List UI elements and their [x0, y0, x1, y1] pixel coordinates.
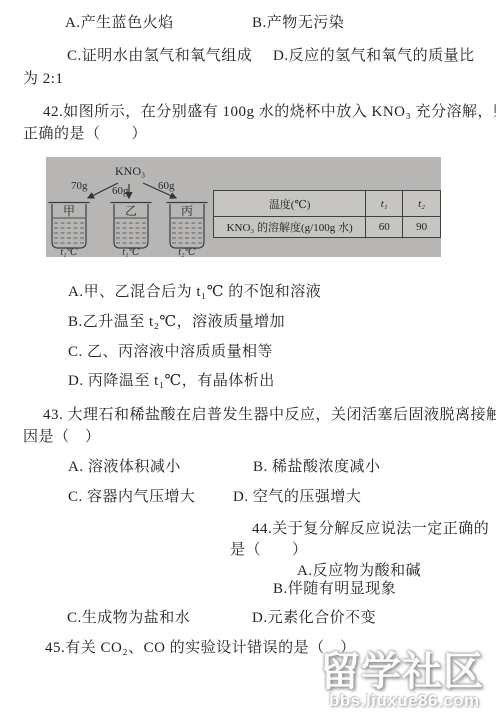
q43-option-a: A. 溶液体积减小 — [68, 458, 181, 477]
exam-page: A.产生蓝色火焰 B.产物无污染 C.证明水由氢气和氧气组成 D.反应的氢气和氧… — [0, 0, 496, 728]
q41-option-b: B.产物无污染 — [252, 14, 344, 33]
table-row: 温度(℃) t₁ t₂ — [214, 191, 441, 217]
q44-option-c: C.生成物为盐和水 — [67, 609, 190, 628]
q42-stem-line2: 正确的是（ ） — [23, 125, 147, 144]
watermark-url: bbs.liuxue86.com — [329, 691, 480, 710]
table-header-t1: t₁ — [366, 191, 403, 217]
q44-option-d: D.元素化合价不变 — [252, 609, 376, 628]
q43-stem-line1: 43. 大理石和稀盐酸在启普发生器中反应，关闭活塞后固液脱离接触的原 — [43, 406, 496, 425]
q42-option-d: D. 丙降温至 t₁℃，有晶体析出 — [68, 372, 275, 391]
q43-option-c: C. 容器内气压增大 — [68, 488, 196, 507]
table-value-t2: 90 — [403, 217, 441, 238]
q42-figure: KNO₃ 70g 60g 60g 甲 乙 丙 t₁℃ t₁℃ t₂℃ 温度(℃)… — [46, 157, 441, 257]
beaker-yi-temp: t₁℃ — [116, 248, 146, 258]
q41-option-d: D.反应的氢气和氧气的质量比 — [273, 47, 475, 66]
amount-left-label: 70g — [71, 181, 88, 192]
q41-option-d-continuation: 为 2:1 — [23, 70, 63, 89]
table-header-temperature: 温度(℃) — [214, 191, 366, 217]
watermark-title: 留学社区 — [320, 650, 484, 694]
amount-right-label: 60g — [158, 181, 175, 192]
beaker-bing-temp: t₂℃ — [172, 248, 202, 258]
q44-option-b: B.伴随有明显现象 — [273, 580, 396, 599]
q43-option-b: B. 稀盐酸浓度减小 — [253, 458, 381, 477]
q45-stem: 45.有关 CO₂、CO 的实验设计错误的是（ ） — [45, 639, 356, 658]
amount-mid-label: 60g — [112, 186, 129, 197]
beaker-jia-name: 甲 — [63, 205, 75, 217]
solute-label: KNO₃ — [115, 165, 145, 177]
q43-option-d: D. 空气的压强增大 — [233, 488, 361, 507]
q42-stem-line1: 42.如图所示，在分别盛有 100g 水的烧杯中放入 KNO₃ 充分溶解，则说法 — [43, 103, 496, 122]
q42-option-b: B.乙升温至 t₂℃，溶液质量增加 — [68, 313, 285, 332]
q44-option-a: A.反应物为酸和碱 — [297, 562, 421, 581]
solubility-table: 温度(℃) t₁ t₂ KNO₃ 的溶解度(g/100g 水) 60 90 — [213, 190, 441, 238]
q41-option-c: C.证明水由氢气和氧气组成 — [67, 47, 252, 66]
beaker-bing-name: 丙 — [181, 205, 193, 217]
q41-option-a: A.产生蓝色火焰 — [65, 14, 174, 33]
q44-stem-line2: 是（ ） — [230, 541, 308, 560]
q42-option-a: A.甲、乙混合后为 t₁℃ 的不饱和溶液 — [68, 283, 321, 302]
q42-option-c: C. 乙、丙溶液中溶质质量相等 — [68, 343, 273, 362]
beaker-jia-temp: t₁℃ — [54, 248, 84, 258]
q44-stem-line1: 44.关于复分解反应说法一定正确的 — [252, 520, 489, 539]
table-value-t1: 60 — [366, 217, 403, 238]
q43-stem-line2: 因是（ ） — [23, 428, 101, 447]
table-row: KNO₃ 的溶解度(g/100g 水) 60 90 — [214, 217, 441, 238]
table-row-label-solubility: KNO₃ 的溶解度(g/100g 水) — [214, 217, 366, 238]
table-header-t2: t₂ — [403, 191, 441, 217]
beaker-yi-name: 乙 — [125, 205, 137, 217]
